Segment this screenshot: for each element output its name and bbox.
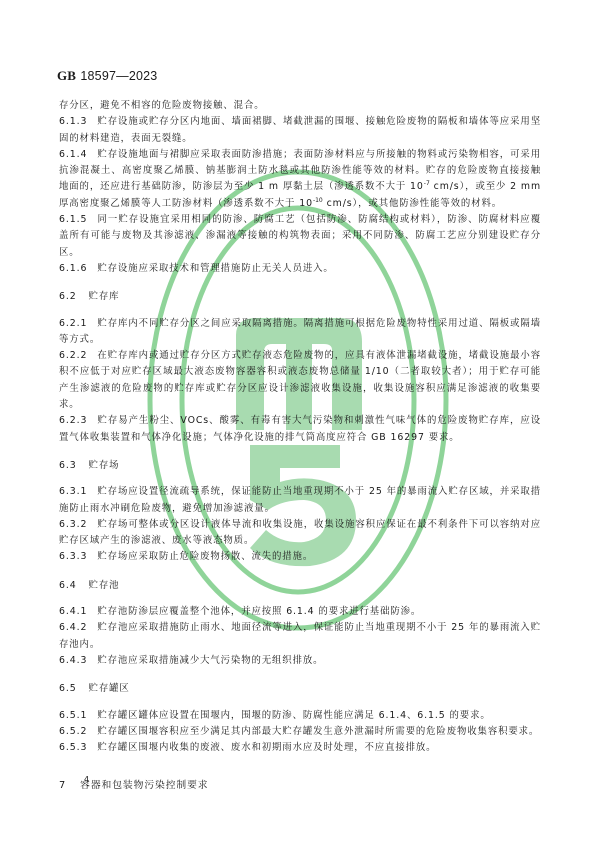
clause-number: 6.1.5 — [59, 214, 87, 225]
chapter-heading-7: 7容器和包装物污染控制要求 — [59, 778, 541, 794]
clause-number: 6.4.1 — [59, 606, 87, 617]
clause-text: 贮存场应设置径流疏导系统，保证能防止当地重现期不小于 25 年的暴雨流入贮存区域… — [59, 486, 541, 513]
clause-number: 6.4.3 — [59, 655, 87, 666]
clause-number: 6.4.2 — [59, 622, 87, 633]
paragraph-continuation: 存分区，避免不相容的危险废物接触、混合。 — [59, 98, 541, 114]
clause-6-5-2: 6.5.2贮存罐区围堰容积应至少满足其内部最大贮存罐发生意外泄漏时所需要的危险废… — [59, 724, 541, 740]
clause-text: 贮存池应采取措施减少大气污染物的无组织排放。 — [97, 655, 323, 666]
clause-6-2-3: 6.2.3贮存易产生粉尘、VOCs、酸雾、有毒有害大气污染物和刺激性气味气体的危… — [59, 413, 541, 446]
section-title: 贮存库 — [89, 291, 120, 302]
clause-number: 6.1.4 — [59, 149, 87, 160]
clause-number: 6.1.6 — [59, 263, 87, 274]
clause-text: 贮存设施或贮存分区内地面、墙面裙脚、堵截泄漏的围堰、接触危险废物的隔板和墙体等应… — [59, 116, 541, 143]
clause-text: 贮存库内不同贮存分区之间应采取隔离措施。隔离措施可根据危险废物特性采用过道、隔板… — [59, 318, 541, 345]
clause-6-4-2: 6.4.2贮存池应采取措施防止雨水、地面径流等进入，保证能防止当地重现期不小于 … — [59, 620, 541, 653]
clause-number: 6.3.3 — [59, 551, 87, 562]
clause-number: 6.2.1 — [59, 318, 87, 329]
clause-6-2-1: 6.2.1贮存库内不同贮存分区之间应采取隔离措施。隔离措施可根据危险废物特性采用… — [59, 316, 541, 349]
clause-number: 6.5.1 — [59, 710, 87, 721]
clause-6-1-3: 6.1.3贮存设施或贮存分区内地面、墙面裙脚、堵截泄漏的围堰、接触危险废物的隔板… — [59, 114, 541, 147]
section-heading-6-2: 6.2贮存库 — [59, 289, 541, 305]
clause-6-5-3: 6.5.3贮存罐区围堰内收集的废液、废水和初期雨水应及时处理，不应直接排放。 — [59, 740, 541, 756]
document-page: GB 18597—2023 存分区，避免不相容的危险废物接触、混合。 6.1.3… — [0, 0, 596, 842]
clause-text: 同一贮存设施宜采用相同的防渗、防腐工艺（包括防渗、防腐结构或材料），防渗、防腐材… — [59, 214, 541, 258]
section-number: 6.5 — [59, 683, 77, 694]
clause-text: 在贮存库内或通过贮存分区方式贮存液态危险废物的，应具有液体泄漏堵截设施，堵截设施… — [59, 350, 541, 410]
section-number: 6.2 — [59, 291, 77, 302]
clause-text: cm/s），或其他防渗性能等效的材料。 — [323, 198, 502, 209]
document-body: 存分区，避免不相容的危险废物接触、混合。 6.1.3贮存设施或贮存分区内地面、墙… — [59, 98, 541, 795]
clause-6-1-6: 6.1.6贮存设施应采取技术和管理措施防止无关人员进入。 — [59, 261, 541, 277]
page-number: 4 — [84, 775, 89, 784]
clause-6-3-2: 6.3.2贮存场可整体或分区设计液体导流和收集设施，收集设施容积应保证在最不利条… — [59, 517, 541, 550]
clause-text: 贮存场应采取防止危险废物扬散、流失的措施。 — [97, 551, 313, 562]
clause-6-1-5: 6.1.5同一贮存设施宜采用相同的防渗、防腐工艺（包括防渗、防腐结构或材料），防… — [59, 212, 541, 261]
section-title: 贮存场 — [89, 460, 120, 471]
clause-6-3-1: 6.3.1贮存场应设置径流疏导系统，保证能防止当地重现期不小于 25 年的暴雨流… — [59, 484, 541, 517]
section-heading-6-3: 6.3贮存场 — [59, 458, 541, 474]
section-title: 贮存罐区 — [89, 683, 130, 694]
clause-text: 贮存场可整体或分区设计液体导流和收集设施，收集设施容积应保证在最不利条件下可以容… — [59, 519, 541, 546]
clause-6-2-2: 6.2.2在贮存库内或通过贮存分区方式贮存液态危险废物的，应具有液体泄漏堵截设施… — [59, 348, 541, 413]
clause-number: 6.3.1 — [59, 486, 87, 497]
section-title: 贮存池 — [89, 580, 120, 591]
clause-6-4-3: 6.4.3贮存池应采取措施减少大气污染物的无组织排放。 — [59, 653, 541, 669]
clause-text: 贮存罐区围堰容积应至少满足其内部最大贮存罐发生意外泄漏时所需要的危险废物收集容积… — [97, 726, 539, 737]
superscript-exponent: -10 — [313, 197, 323, 204]
clause-number: 6.5.2 — [59, 726, 87, 737]
clause-6-1-4: 6.1.4贮存设施地面与裙脚应采取表面防渗措施；表面防渗材料应与所接触的物料或污… — [59, 147, 541, 212]
clause-number: 6.3.2 — [59, 519, 87, 530]
clause-number: 6.2.2 — [59, 350, 87, 361]
standard-prefix: GB — [57, 68, 76, 83]
section-number: 6.4 — [59, 580, 77, 591]
chapter-number: 7 — [59, 780, 66, 791]
clause-number: 6.5.3 — [59, 742, 87, 753]
clause-number: 6.1.3 — [59, 116, 87, 127]
standard-number: 18597—2023 — [80, 69, 157, 83]
clause-text: 贮存罐区围堰内收集的废液、废水和初期雨水应及时处理，不应直接排放。 — [97, 742, 436, 753]
standard-number-header: GB 18597—2023 — [57, 68, 157, 84]
section-number: 6.3 — [59, 460, 77, 471]
section-heading-6-4: 6.4贮存池 — [59, 578, 541, 594]
section-heading-6-5: 6.5贮存罐区 — [59, 681, 541, 697]
clause-text: 贮存池防渗层应覆盖整个池体，并应按照 6.1.4 的要求进行基础防渗。 — [97, 606, 421, 617]
clause-6-3-3: 6.3.3贮存场应采取防止危险废物扬散、流失的措施。 — [59, 549, 541, 565]
clause-6-4-1: 6.4.1贮存池防渗层应覆盖整个池体，并应按照 6.1.4 的要求进行基础防渗。 — [59, 604, 541, 620]
clause-text: 贮存池应采取措施防止雨水、地面径流等进入，保证能防止当地重现期不小于 25 年的… — [59, 622, 541, 649]
clause-text: 贮存罐区罐体应设置在围堰内，围堰的防渗、防腐性能应满足 6.1.4、6.1.5 … — [97, 710, 490, 721]
clause-text: 贮存易产生粉尘、VOCs、酸雾、有毒有害大气污染物和刺激性气味气体的危险废物贮存… — [59, 415, 541, 442]
clause-number: 6.2.3 — [59, 415, 87, 426]
clause-text: 贮存设施应采取技术和管理措施防止无关人员进入。 — [97, 263, 333, 274]
chapter-title: 容器和包装物污染控制要求 — [80, 780, 208, 791]
clause-6-5-1: 6.5.1贮存罐区罐体应设置在围堰内，围堰的防渗、防腐性能应满足 6.1.4、6… — [59, 708, 541, 724]
